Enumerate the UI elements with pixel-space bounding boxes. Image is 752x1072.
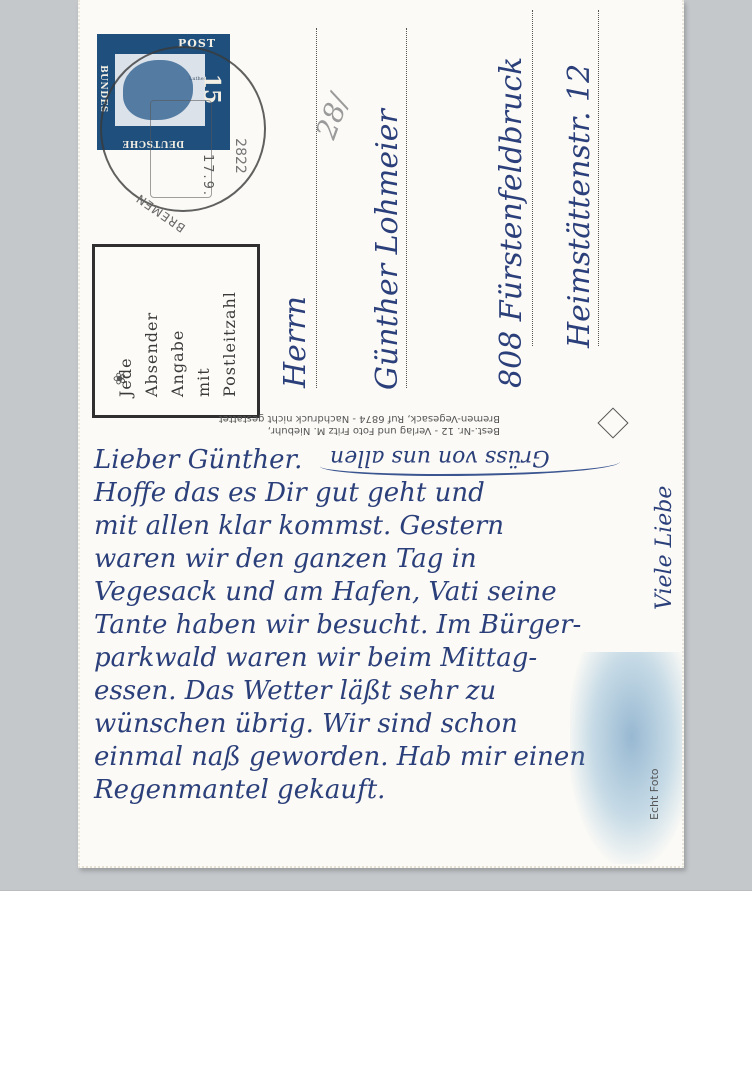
message-line: Hoffe das es Dir gut geht und: [94, 477, 654, 510]
address-street: Heimstättenstr. 12: [562, 64, 597, 348]
publisher-line: Bremen-Vegesack, Ruf 6874 - Nachdruck ni…: [170, 412, 500, 424]
address-line-3: [532, 10, 533, 346]
side-note: Viele Liebe: [652, 486, 677, 610]
echt-foto-imprint: Echt Foto: [648, 769, 661, 821]
postmark-date: 17.9.: [200, 154, 215, 197]
slogan-line: Absender: [139, 237, 165, 397]
slogan-line: Postleitzahl: [217, 237, 243, 397]
slogan-line: Angabe: [165, 237, 191, 397]
address-city: 808 Fürstenfeldbruck: [494, 57, 529, 388]
slogan-cancellation-box: ❀ Jede Absender Angabe mit Postleitzahl: [92, 244, 260, 418]
slogan-line: mit: [191, 237, 217, 397]
message-line: waren wir den ganzen Tag in: [94, 543, 654, 576]
publisher-line: Best.-Nr. 12 - Verlag und Foto Fritz M. …: [170, 424, 500, 436]
slogan-text: Jede Absender Angabe mit Postleitzahl: [113, 237, 243, 397]
publisher-imprint: Best.-Nr. 12 - Verlag und Foto Fritz M. …: [170, 412, 500, 436]
postcard-back: Luther POST 15 DEUTSCHE BUNDES 17.9. BRE…: [78, 0, 684, 868]
address-salutation: Herrn: [278, 296, 313, 388]
message-line: Lieber Günther.: [94, 444, 654, 477]
message-line: Vegesack und am Hafen, Vati seine: [94, 576, 654, 609]
address-line-1: [316, 28, 317, 388]
address-line-4: [598, 10, 599, 346]
publisher-logo-icon: [597, 407, 628, 438]
address-line-2: [406, 28, 407, 388]
address-name: Günther Lohmeier: [370, 109, 405, 390]
slogan-line: Jede: [113, 237, 139, 397]
message-line: Tante haben wir besucht. Im Bürger-: [94, 609, 654, 642]
postmark-code: 2822: [232, 138, 248, 174]
water-stain: [570, 652, 682, 864]
postmark-cancellation: 17.9. BREMEN 2822: [100, 46, 266, 212]
message-line: mit allen klar kommst. Gestern: [94, 510, 654, 543]
